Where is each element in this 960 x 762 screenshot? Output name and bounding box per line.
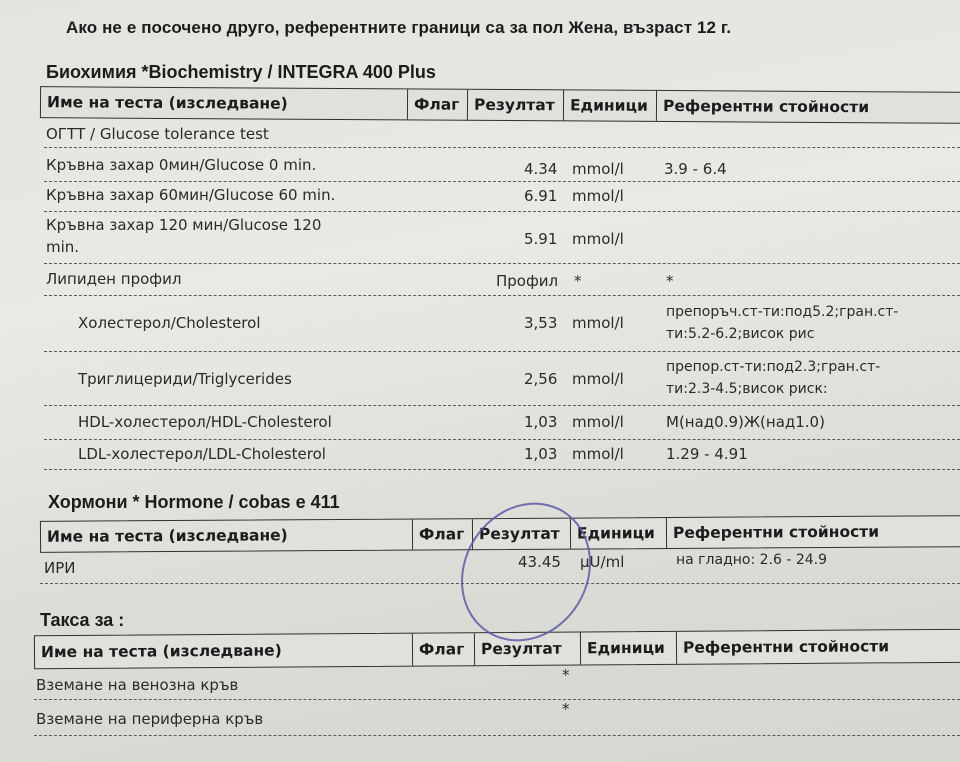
col-reference: Референтни стойности xyxy=(657,91,960,123)
test-name: Кръвна захар 120 мин/Glucose 120 xyxy=(46,216,321,234)
test-name: Холестерол/Cholesterol xyxy=(78,314,260,332)
col-result: Резултат xyxy=(468,90,564,121)
units: µU/ml xyxy=(580,553,624,571)
test-name: HDL-холестерол/HDL-Cholesterol xyxy=(78,413,332,431)
table-row: HDL-холестерол/HDL-Cholesterol 1,03 mmol… xyxy=(44,406,960,440)
biochemistry-header: Име на теста (изследване) Флаг Резултат … xyxy=(40,86,960,124)
table-row: Вземане на периферна кръв * xyxy=(34,700,960,736)
result-value: 6.91 xyxy=(524,187,557,205)
col-units: Единици xyxy=(564,90,657,121)
test-name: Липиден профил xyxy=(46,270,181,288)
col-name: Име на теста (изследване) xyxy=(35,634,413,669)
col-name: Име на теста (изследване) xyxy=(41,87,408,119)
table-row: LDL-холестерол/LDL-Cholesterol 1,03 mmol… xyxy=(44,440,960,470)
result-value: 3,53 xyxy=(524,314,557,332)
table-row: Вземане на венозна кръв * xyxy=(34,666,960,700)
result-value: * xyxy=(562,666,570,684)
col-reference: Референтни стойности xyxy=(677,630,960,664)
test-name-cont: min. xyxy=(46,238,79,256)
result-value: 43.45 xyxy=(518,553,561,571)
table-row: Кръвна захар 60мин/Glucose 60 min. 6.91 … xyxy=(44,182,960,212)
result-value: 1,03 xyxy=(524,445,557,463)
result-value: 5.91 xyxy=(524,230,557,248)
fees-title: Такса за : xyxy=(40,610,124,631)
units: mmol/l xyxy=(572,230,624,248)
col-result: Резултат xyxy=(475,632,581,665)
test-name: ОГТТ / Glucose tolerance test xyxy=(46,125,269,143)
table-row: Кръвна захар 0мин/Glucose 0 min. 4.34 mm… xyxy=(44,148,960,182)
units: mmol/l xyxy=(572,445,624,463)
reference: М(над0.9)Ж(над1.0) xyxy=(666,413,825,431)
test-name: LDL-холестерол/LDL-Cholesterol xyxy=(78,445,326,463)
reference: на гладно: 2.6 - 24.9 xyxy=(676,552,827,568)
result-value: * xyxy=(562,700,570,718)
col-flag: Флаг xyxy=(408,89,468,119)
col-reference: Референтни стойности xyxy=(667,516,960,548)
test-name: Вземане на периферна кръв xyxy=(36,710,263,728)
units: mmol/l xyxy=(572,413,624,431)
units: mmol/l xyxy=(572,370,624,388)
table-row: ОГТТ / Glucose tolerance test xyxy=(44,123,960,148)
reference-cont: ти:2.3-4.5;висок риск: xyxy=(666,378,828,400)
units: * xyxy=(574,272,582,290)
table-row: Кръвна захар 120 мин/Glucose 120 min. 5.… xyxy=(44,212,960,264)
table-row: Триглицериди/Triglycerides 2,56 mmol/l п… xyxy=(44,352,960,406)
result-value: 4.34 xyxy=(524,160,557,178)
col-flag: Флаг xyxy=(413,519,473,549)
test-name: Кръвна захар 0мин/Glucose 0 min. xyxy=(46,156,316,174)
reference: 3.9 - 6.4 xyxy=(664,160,727,178)
reference: препоръч.ст-ти:под5.2;гран.ст- xyxy=(666,301,898,323)
units: mmol/l xyxy=(572,160,624,178)
col-name: Име на теста (изследване) xyxy=(41,520,413,552)
col-result: Резултат xyxy=(473,519,571,550)
fees-header: Име на теста (изследване) Флаг Резултат … xyxy=(34,629,960,670)
reference: 1.29 - 4.91 xyxy=(666,445,748,463)
units: mmol/l xyxy=(572,314,624,332)
col-units: Единици xyxy=(571,518,667,549)
result-value: Профил xyxy=(496,272,558,290)
col-flag: Флаг xyxy=(413,633,475,665)
table-row: ИРИ 43.45 µU/ml на гладно: 2.6 - 24.9 xyxy=(40,552,960,584)
hormones-header: Име на теста (изследване) Флаг Резултат … xyxy=(40,515,960,553)
test-name: Триглицериди/Triglycerides xyxy=(78,370,292,388)
result-value: 2,56 xyxy=(524,370,557,388)
hormones-title: Хормони * Hormone / cobas e 411 xyxy=(48,492,340,513)
test-name: Кръвна захар 60мин/Glucose 60 min. xyxy=(46,186,335,204)
result-value: 1,03 xyxy=(524,413,557,431)
reference: препор.ст-ти:под2.3;гран.ст- xyxy=(666,356,880,378)
units: mmol/l xyxy=(572,187,624,205)
col-units: Единици xyxy=(581,632,677,665)
test-name: ИРИ xyxy=(44,559,76,577)
test-name: Вземане на венозна кръв xyxy=(36,676,238,694)
table-row: Холестерол/Cholesterol 3,53 mmol/l препо… xyxy=(44,296,960,352)
biochemistry-title: Биохимия *Biochemistry / INTEGRA 400 Plu… xyxy=(46,62,436,83)
reference: * xyxy=(666,272,674,290)
reference-cont: ти:5.2-6.2;висок рис xyxy=(666,323,814,345)
reference-notice: Ако не е посочено друго, референтните гр… xyxy=(66,18,731,38)
table-row: Липиден профил Профил * * xyxy=(44,264,960,296)
